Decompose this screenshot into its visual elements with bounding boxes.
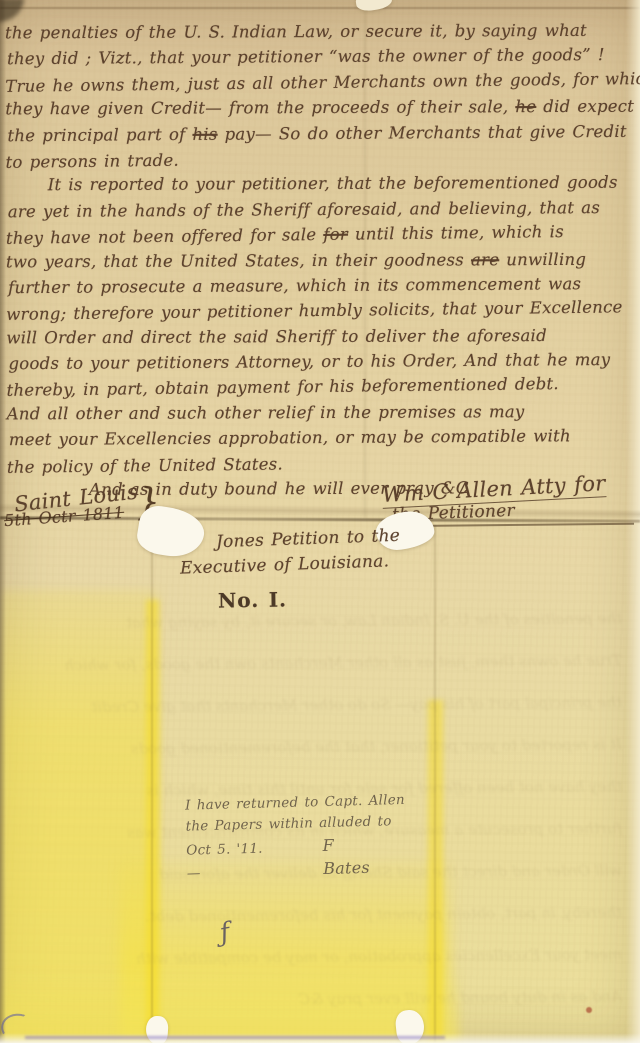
endorsement-signature: F Bates [322, 832, 387, 880]
docket-number: No. I. [218, 587, 287, 612]
petition-body: the penalties of the U. S. Indian Law, o… [5, 18, 637, 503]
manuscript-line: will Order and direct the said Sheriff t… [6, 322, 636, 350]
manuscript-line: And all other and such other relief in t… [7, 398, 637, 426]
manuscript-line: two years, that the United States, in th… [6, 246, 636, 274]
vertical-fold-crease-right [434, 525, 436, 1043]
endorsement-date: Oct 5. '11. — [186, 837, 282, 885]
vertical-fold-crease-left [151, 525, 153, 1043]
endorsement-dateline: Oct 5. '11. — F Bates [186, 832, 387, 885]
bottom-purple-smudge [25, 1036, 445, 1039]
top-edge-crease [0, 7, 640, 9]
manuscript-line: It is reported to your petitioner, that … [6, 170, 636, 198]
red-ink-speck [586, 1007, 592, 1013]
scanned-manuscript-page: the penalties of the U. S. Indian Law, o… [0, 0, 640, 1043]
endorsement-note: I have returned to Capt. Allen the Paper… [185, 790, 387, 885]
